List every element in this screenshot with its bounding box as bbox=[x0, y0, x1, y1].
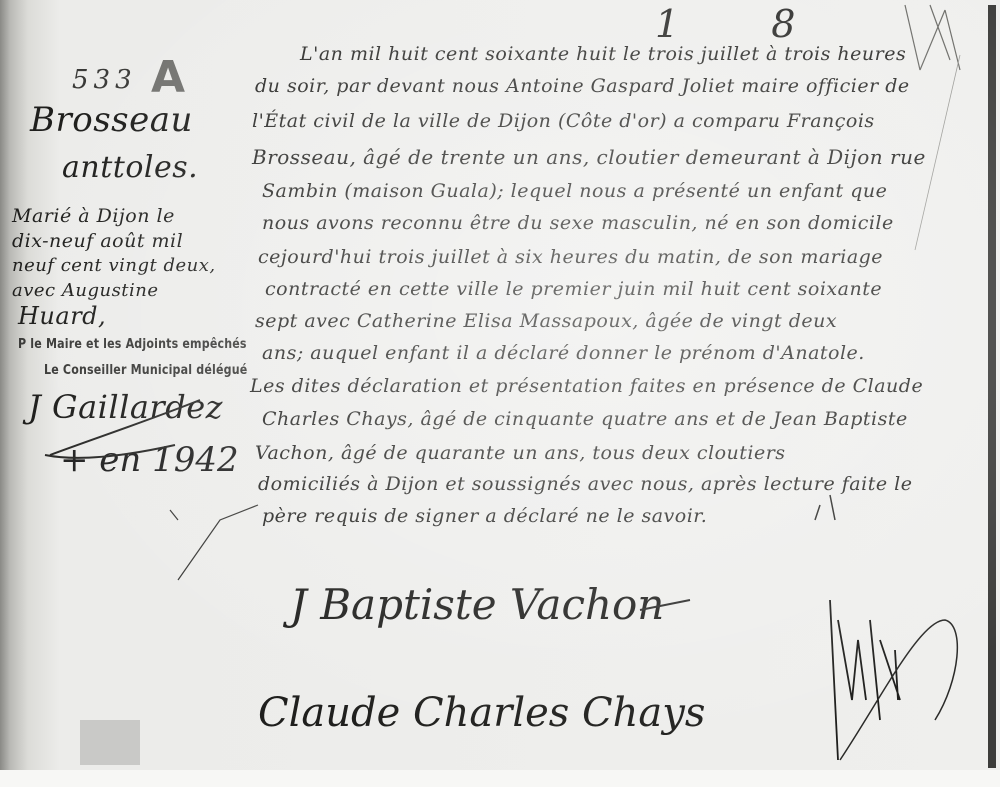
handwriting-flourishes-icon bbox=[0, 0, 1000, 770]
scanned-document-page: 1 8 533 A Brosseau anttoles. Marié à Dij… bbox=[0, 0, 1000, 770]
scan-bottom-margin bbox=[0, 770, 1000, 787]
scan-edge-bar bbox=[988, 5, 996, 768]
